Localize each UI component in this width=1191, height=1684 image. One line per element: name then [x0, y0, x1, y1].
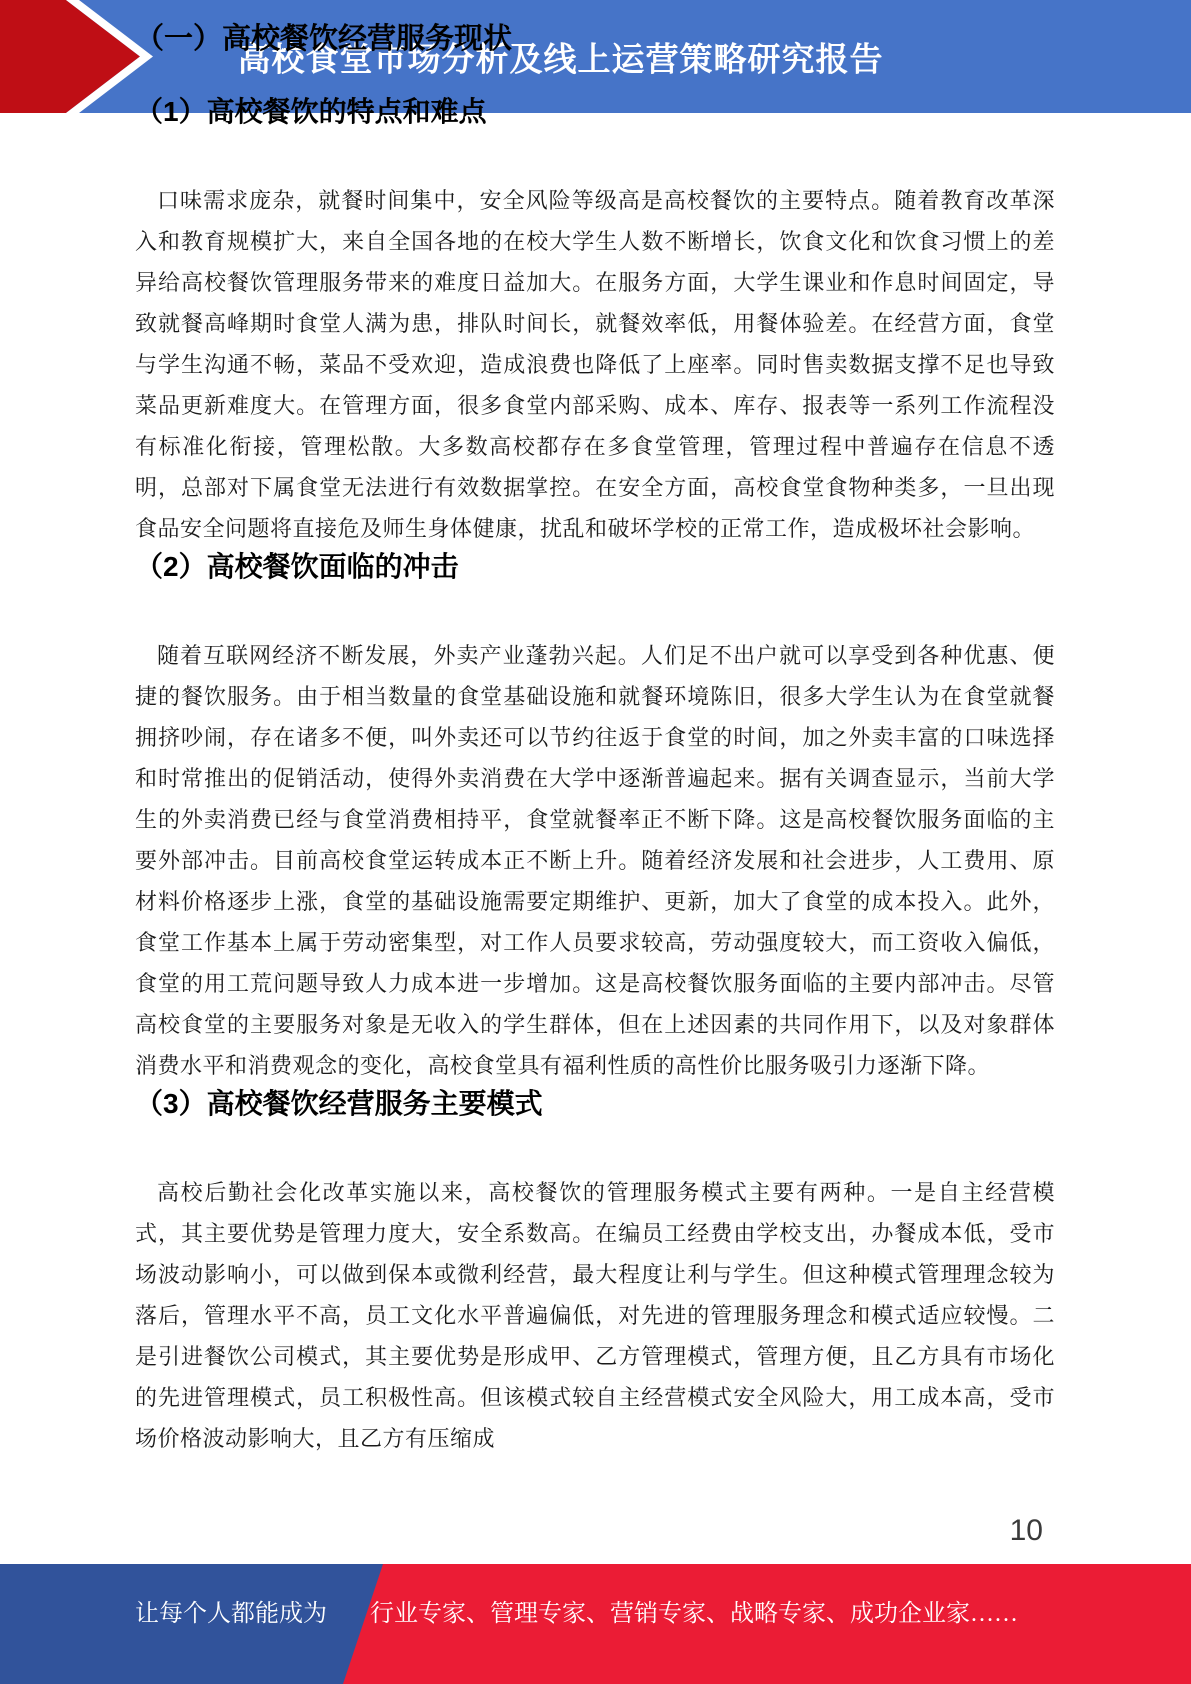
footer-slogan-right: 行业专家、管理专家、营销专家、战略专家、成功企业家…… — [370, 1600, 1018, 1628]
paragraph-1: 口味需求庞杂，就餐时间集中，安全风险等级高是高校餐饮的主要特点。随着教育改革深入… — [135, 180, 1055, 549]
paragraph-2: 随着互联网经济不断发展，外卖产业蓬勃兴起。人们足不出户就可以享受到各种优惠、便捷… — [135, 635, 1055, 1086]
page-number: 10 — [1010, 1514, 1043, 1548]
paragraph-3: 高校后勤社会化改革实施以来，高校餐饮的管理服务模式主要有两种。一是自主经营模式，… — [135, 1172, 1055, 1459]
report-page: 高校食堂市场分析及线上运营策略研究报告 （一）高校餐饮经营服务现状 （1）高校餐… — [0, 0, 1191, 1684]
content-area: （一）高校餐饮经营服务现状 （1）高校餐饮的特点和难点 口味需求庞杂，就餐时间集… — [0, 20, 1191, 1459]
section-heading: （一）高校餐饮经营服务现状 — [135, 20, 1055, 58]
subsection-heading-3: （3）高校餐饮经营服务主要模式 — [135, 1086, 1055, 1122]
subsection-heading-2: （2）高校餐饮面临的冲击 — [135, 549, 1055, 585]
subsection-heading-1: （1）高校餐饮的特点和难点 — [135, 94, 1055, 130]
footer-slogan-left: 让每个人都能成为 — [135, 1600, 327, 1628]
footer-banner: 让每个人都能成为 行业专家、管理专家、营销专家、战略专家、成功企业家…… — [0, 1564, 1191, 1684]
